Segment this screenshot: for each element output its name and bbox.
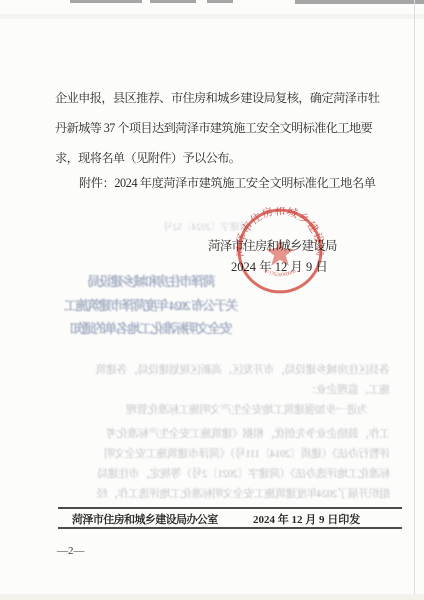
bleedthrough-title-line: 安全文明标准化工地名单的通知 — [40, 317, 264, 341]
footer-issuing-office: 菏泽市住房和城乡建设局办公室 — [72, 511, 218, 527]
bleedthrough-body-line: 评暂行办法》（建质〔2014〕111号）《菏泽市建筑施工安全文明 — [48, 444, 390, 464]
seal-code: 3717026000008 — [263, 268, 298, 278]
footer-print-date: 2024 年 12 月 9 日印发 — [253, 511, 360, 527]
scan-edge-artifact — [70, 0, 142, 3]
attachment-line: 附件：2024 年度菏泽市建筑施工安全文明标准化工地名单 — [79, 174, 376, 191]
scan-edge-artifact — [295, 0, 424, 4]
scan-edge-artifact — [150, 0, 196, 3]
official-seal: 菏泽市住房和城乡建设局 3717026000008 — [236, 207, 324, 295]
bleedthrough-body-line: 为进一步加强建筑工地安全生产文明施工标准化管理 — [48, 400, 390, 420]
bleedthrough-body-line: 标准化工地评选办法》（菏建字〔2021〕2号）等规定，市住建局 — [48, 464, 390, 484]
body-paragraph-line: 企业申报，县区推荐、市住房和城乡建设局复核，确定菏泽市牡 — [55, 89, 379, 106]
scan-bottom-shade — [0, 594, 424, 600]
page-fold-line — [414, 0, 415, 600]
bleedthrough-body-line: 组织开展了2024年度建筑施工安全文明标准化工地评选工作，经 — [48, 484, 390, 504]
body-paragraph-line: 丹新城等 37 个项目达到菏泽市建筑施工安全文明标准化工地要 — [55, 119, 372, 136]
bleedthrough-body-line: 各县区住房城乡建设局，市开发区、高新区规划建设局，各建筑 — [48, 360, 390, 380]
page-number: —2— — [57, 545, 85, 557]
bleedthrough-body-line: 工作，鼓励企业争先创优，根据《建筑施工安全生产标准化考 — [48, 424, 390, 444]
scanned-document-page: 菏建字〔2024〕52号 菏泽市住房和城乡建设局 关于公布 2024 年度菏泽市… — [0, 0, 424, 600]
bleedthrough-title: 菏泽市住房和城乡建设局 关于公布 2024 年度菏泽市建筑施工 安全文明标准化工… — [40, 270, 264, 341]
footer-rule-top — [58, 507, 402, 509]
scan-streak — [0, 14, 424, 19]
bleedthrough-body-line: 施工、监理企业： — [48, 380, 390, 400]
footer-rule-bottom — [58, 527, 402, 529]
bleedthrough-title-line: 关于公布 2024 年度菏泽市建筑施工 — [40, 294, 264, 318]
seal-star-icon — [266, 239, 294, 266]
bleedthrough-body: 各县区住房城乡建设局，市开发区、高新区规划建设局，各建筑 施工、监理企业： 为进… — [48, 360, 390, 504]
scan-edge-artifact — [207, 0, 233, 3]
body-paragraph-line: 求，现将名单（见附件）予以公布。 — [55, 149, 240, 166]
